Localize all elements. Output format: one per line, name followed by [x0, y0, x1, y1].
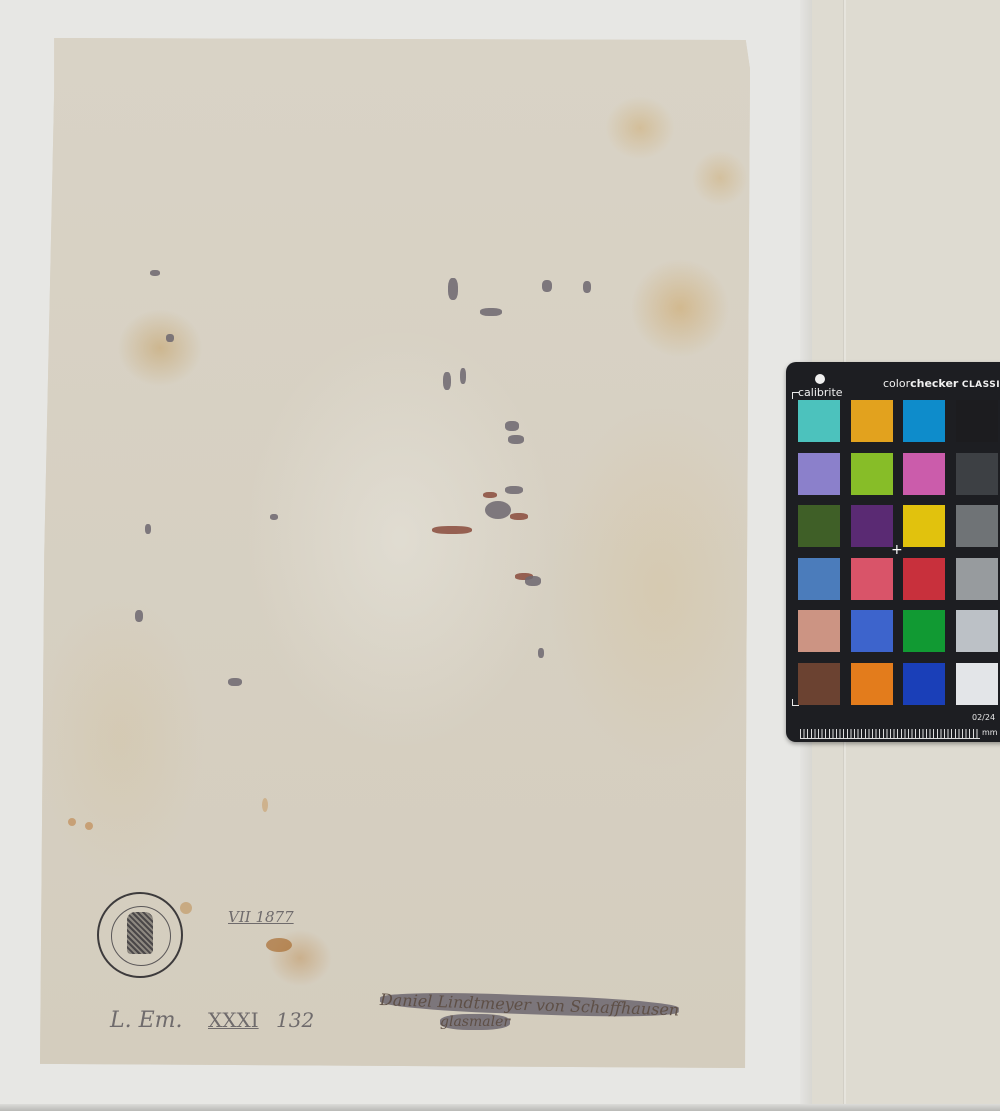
- ink-mark: [145, 524, 151, 534]
- ink-mark: [480, 308, 502, 316]
- ink-mark: [135, 610, 143, 622]
- color-swatch: [903, 453, 945, 495]
- color-swatch: [798, 505, 840, 547]
- foxing-spot: [266, 938, 292, 952]
- color-swatch: [903, 400, 945, 442]
- ruler-unit: mm: [982, 728, 998, 737]
- inventory-prefix: L. Em.: [110, 1008, 183, 1033]
- ink-mark: [510, 513, 528, 520]
- ink-mark: [448, 278, 458, 300]
- ink-mark: [443, 372, 451, 390]
- color-swatch: [798, 453, 840, 495]
- ink-mark: [460, 368, 466, 384]
- ink-mark: [542, 280, 552, 292]
- calibrite-logo-icon: [815, 374, 825, 384]
- color-swatch: [956, 453, 998, 495]
- color-swatch: [903, 558, 945, 600]
- foxing-spot: [180, 902, 192, 914]
- ink-mark: [432, 526, 472, 534]
- ink-mark: [583, 281, 591, 293]
- inventory-roman: XXXI: [208, 1008, 259, 1032]
- color-swatch: [851, 453, 893, 495]
- ink-mark: [228, 678, 242, 686]
- color-swatch: [903, 505, 945, 547]
- color-swatch: [798, 663, 840, 705]
- foxing-spot: [262, 798, 268, 812]
- color-swatch: [851, 610, 893, 652]
- bottom-shadow: [0, 1104, 1000, 1111]
- crest-icon: [127, 912, 153, 954]
- ink-mark: [508, 435, 524, 444]
- color-swatch: [851, 400, 893, 442]
- color-swatch: [903, 610, 945, 652]
- paper-sheet: VII 1877 L. Em. XXXI 132 Daniel Lindtmey…: [40, 38, 750, 1068]
- mm-ruler: [800, 729, 980, 739]
- inventory-number: 132: [276, 1008, 314, 1032]
- ink-mark: [525, 576, 541, 586]
- color-swatch: [798, 610, 840, 652]
- foxing-spot: [68, 818, 76, 826]
- ink-mark: [483, 492, 497, 498]
- brand-logo: calibrite: [798, 374, 842, 399]
- product-suffix: CLASSIC: [962, 380, 1000, 390]
- color-swatch: [956, 663, 998, 705]
- color-swatch: [798, 558, 840, 600]
- product-name: colorchecker CLASSIC: [883, 377, 1000, 390]
- ink-mark: [270, 514, 278, 520]
- color-swatch: [851, 558, 893, 600]
- color-swatch: [851, 663, 893, 705]
- color-swatch: [798, 400, 840, 442]
- center-crosshair-icon: +: [891, 543, 903, 557]
- color-swatch: [903, 663, 945, 705]
- product-name-bold: checker: [910, 377, 958, 390]
- foxing-spot: [85, 822, 93, 830]
- color-swatch: [956, 505, 998, 547]
- card-page-number: 02/24: [972, 713, 995, 722]
- inventory-date: VII 1877: [228, 908, 294, 926]
- color-swatch: [956, 400, 998, 442]
- collection-stamp: [97, 892, 183, 978]
- ink-mark: [485, 501, 511, 519]
- inscription-line-2: glasmaler: [440, 1014, 510, 1030]
- brand-name: calibrite: [798, 386, 843, 399]
- ink-mark: [538, 648, 544, 658]
- color-swatch: [956, 558, 998, 600]
- ink-mark: [150, 270, 160, 276]
- ink-mark: [166, 334, 174, 342]
- ink-mark: [505, 486, 523, 494]
- color-swatch: [851, 505, 893, 547]
- product-name-light: color: [883, 377, 910, 390]
- color-checker-card: calibrite colorchecker CLASSIC + 02/24 m…: [786, 362, 1000, 742]
- color-swatch: [956, 610, 998, 652]
- ink-mark: [505, 421, 519, 431]
- corner-mark-icon: [792, 392, 799, 399]
